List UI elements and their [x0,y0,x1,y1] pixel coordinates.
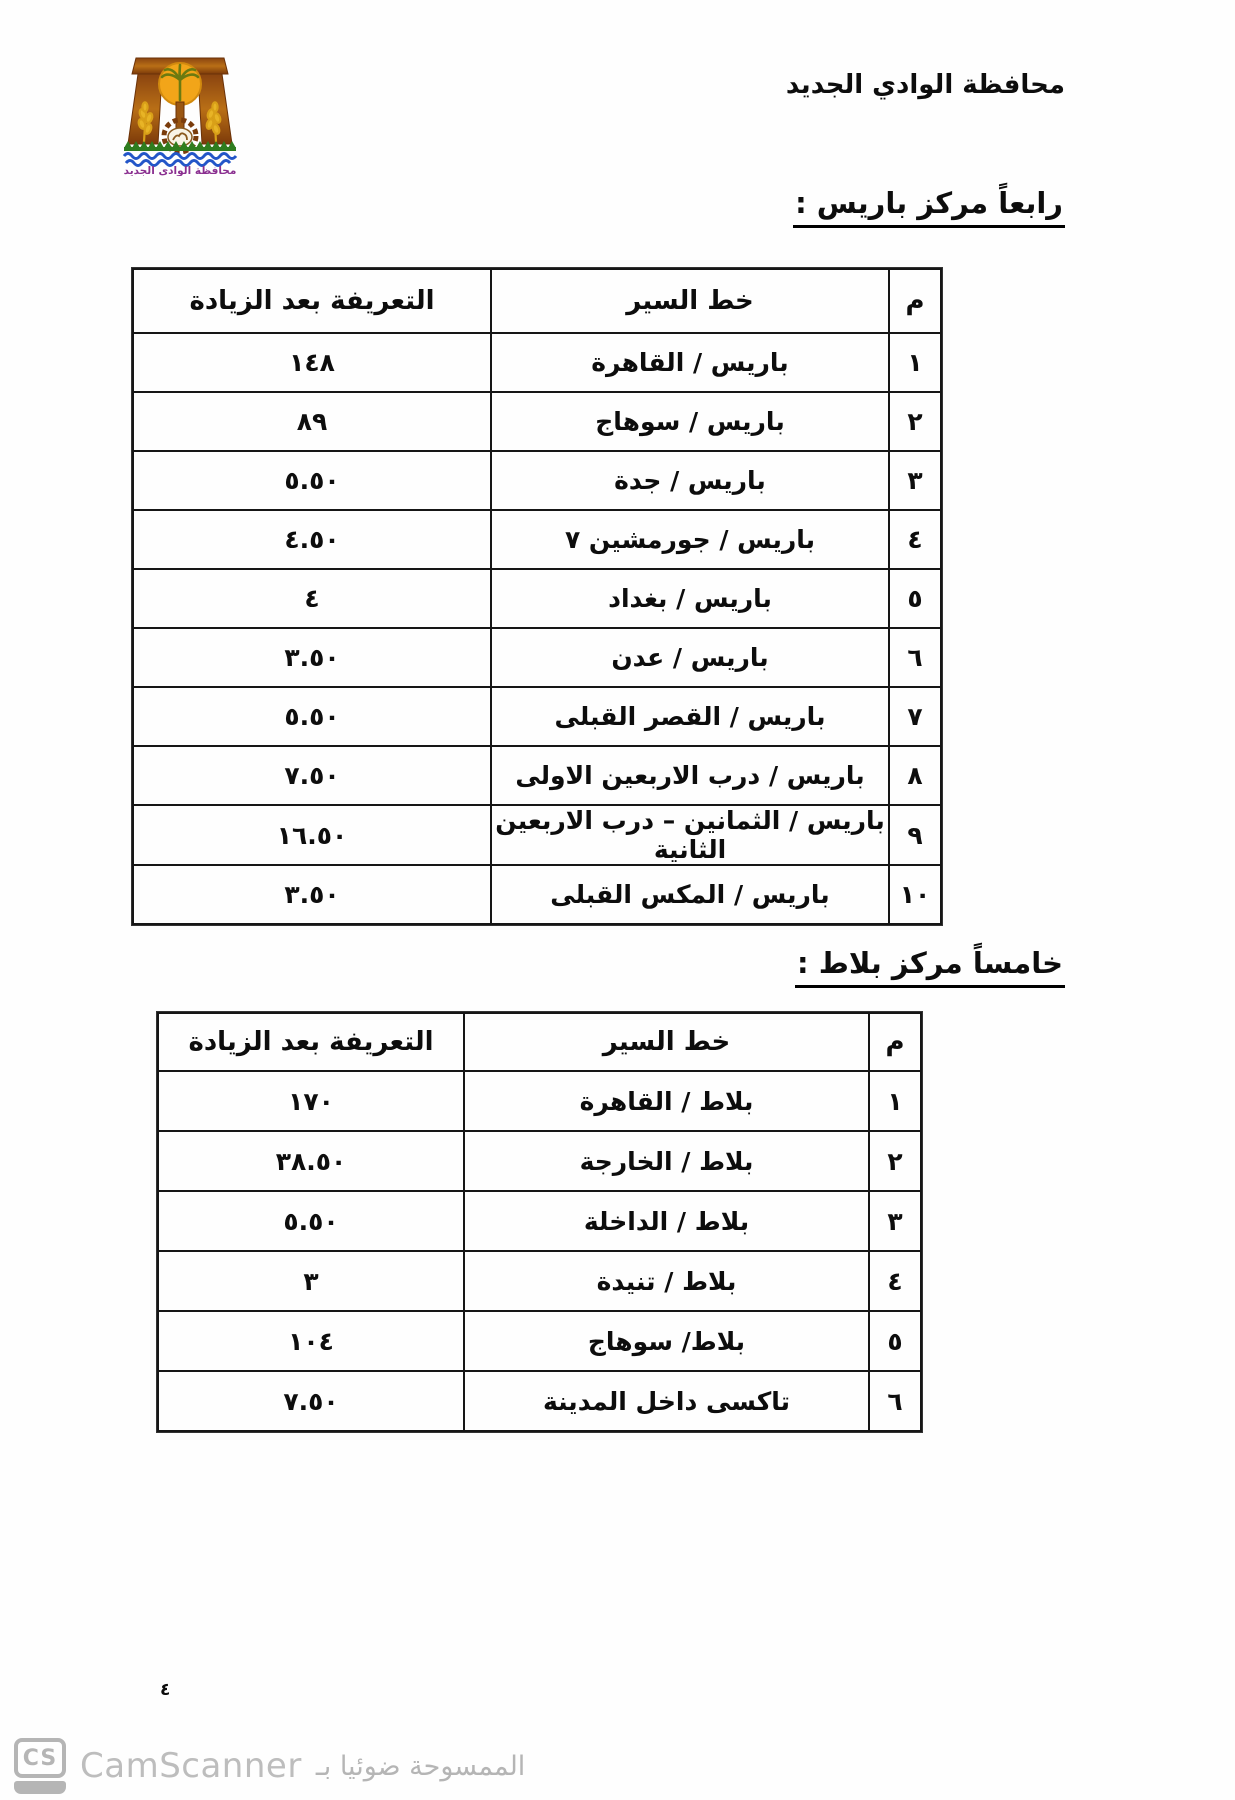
cell-route: باريس / سوهاج [491,392,889,451]
cell-index: ٨ [889,746,941,805]
cell-index: ٣ [869,1191,921,1251]
cell-route: باريس / بغداد [491,569,889,628]
cell-route: بلاط / الداخلة [464,1191,869,1251]
table-row: ٥ باريس / بغداد ٤ [133,569,941,628]
cell-route: باريس / جدة [491,451,889,510]
table-header-row: م خط السير التعريفة بعد الزيادة [133,269,941,333]
cell-fare: ٨٩ [133,392,491,451]
cell-route: باريس / القاهرة [491,333,889,392]
scanned-document-page: محافظة الوادي الجديد [0,0,1235,1800]
cell-route: باريس / درب الاربعين الاولى [491,746,889,805]
governorate-emblem-icon: محافظة الوادي الجديد [112,44,248,176]
table-row: ٢ بلاط / الخارجة ٣٨.٥٠ [158,1131,921,1191]
cell-fare: ٣٨.٥٠ [158,1131,464,1191]
cell-index: ٤ [869,1251,921,1311]
table-row: ٤ بلاط / تنيدة ٣ [158,1251,921,1311]
logo-caption: محافظة الوادي الجديد [124,165,237,176]
table-row: ٢ باريس / سوهاج ٨٩ [133,392,941,451]
table-row: ٥ بلاط/ سوهاج ١٠٤ [158,1311,921,1371]
table-row: ٤ باريس / جورمشين ٧ ٤.٥٠ [133,510,941,569]
balat-fares-table: م خط السير التعريفة بعد الزيادة ١ بلاط /… [157,1012,922,1432]
cs-logo-text: CS [14,1738,66,1778]
cell-fare: ٥.٥٠ [133,687,491,746]
cell-fare: ٥.٥٠ [133,451,491,510]
cell-fare: ٧.٥٠ [158,1371,464,1431]
cell-fare: ٤ [133,569,491,628]
header-cell-fare: التعريفة بعد الزيادة [133,269,491,333]
cell-route: باريس / القصر القبلى [491,687,889,746]
cell-index: ٢ [889,392,941,451]
table-row: ٦ تاكسى داخل المدينة ٧.٥٠ [158,1371,921,1431]
header-cell-route: خط السير [464,1013,869,1071]
governorate-logo: محافظة الوادي الجديد [112,44,248,176]
page-number: ٤ [160,1680,170,1700]
cell-index: ٧ [889,687,941,746]
cell-fare: ٤.٥٠ [133,510,491,569]
cell-index: ١ [869,1071,921,1131]
cell-route: باريس / جورمشين ٧ [491,510,889,569]
cell-index: ٥ [869,1311,921,1371]
cell-index: ٤ [889,510,941,569]
section-heading-balat: خامساً مركز بلاط : [795,946,1065,988]
header-cell-index: م [889,269,941,333]
cell-index: ٩ [889,805,941,865]
cell-index: ١ [889,333,941,392]
cell-route: بلاط / الخارجة [464,1131,869,1191]
cell-route: بلاط/ سوهاج [464,1311,869,1371]
camscanner-label: CamScanner [80,1746,302,1786]
cell-fare: ١٦.٥٠ [133,805,491,865]
section-heading-paris: رابعاً مركز باريس : [793,186,1065,228]
table-row: ٩ باريس / الثمانين – درب الاربعين الثاني… [133,805,941,865]
cell-fare: ١٧٠ [158,1071,464,1131]
header-cell-index: م [869,1013,921,1071]
cell-index: ٣ [889,451,941,510]
table-header-row: م خط السير التعريفة بعد الزيادة [158,1013,921,1071]
cell-fare: ٣ [158,1251,464,1311]
camscanner-logo-icon: CS [14,1738,66,1794]
cell-fare: ٣.٥٠ [133,628,491,687]
cell-route: باريس / الثمانين – درب الاربعين الثانية [491,805,889,865]
table-row: ١٠ باريس / المكس القبلى ٣.٥٠ [133,865,941,924]
cell-route: تاكسى داخل المدينة [464,1371,869,1431]
table-row: ٣ باريس / جدة ٥.٥٠ [133,451,941,510]
cell-index: ٦ [889,628,941,687]
table-row: ٧ باريس / القصر القبلى ٥.٥٠ [133,687,941,746]
cell-route: بلاط / القاهرة [464,1071,869,1131]
scanned-with-text: الممسوحة ضوئيا بـ [316,1751,526,1782]
cell-route: باريس / المكس القبلى [491,865,889,924]
cell-fare: ٧.٥٠ [133,746,491,805]
table-row: ٨ باريس / درب الاربعين الاولى ٧.٥٠ [133,746,941,805]
cell-index: ٦ [869,1371,921,1431]
camscanner-watermark: CS CamScanner الممسوحة ضوئيا بـ [14,1738,525,1794]
cell-index: ٥ [889,569,941,628]
cell-route: بلاط / تنيدة [464,1251,869,1311]
cell-fare: ٣.٥٠ [133,865,491,924]
paris-fares-table: م خط السير التعريفة بعد الزيادة ١ باريس … [132,268,942,925]
cell-fare: ١٤٨ [133,333,491,392]
cell-index: ١٠ [889,865,941,924]
table-row: ١ بلاط / القاهرة ١٧٠ [158,1071,921,1131]
table-row: ٦ باريس / عدن ٣.٥٠ [133,628,941,687]
cell-route: باريس / عدن [491,628,889,687]
cell-fare: ١٠٤ [158,1311,464,1371]
cell-index: ٢ [869,1131,921,1191]
cell-fare: ٥.٥٠ [158,1191,464,1251]
cs-logo-bar [14,1781,66,1794]
header-cell-fare: التعريفة بعد الزيادة [158,1013,464,1071]
governorate-title: محافظة الوادي الجديد [786,70,1065,100]
table-row: ٣ بلاط / الداخلة ٥.٥٠ [158,1191,921,1251]
header-cell-route: خط السير [491,269,889,333]
table-row: ١ باريس / القاهرة ١٤٨ [133,333,941,392]
